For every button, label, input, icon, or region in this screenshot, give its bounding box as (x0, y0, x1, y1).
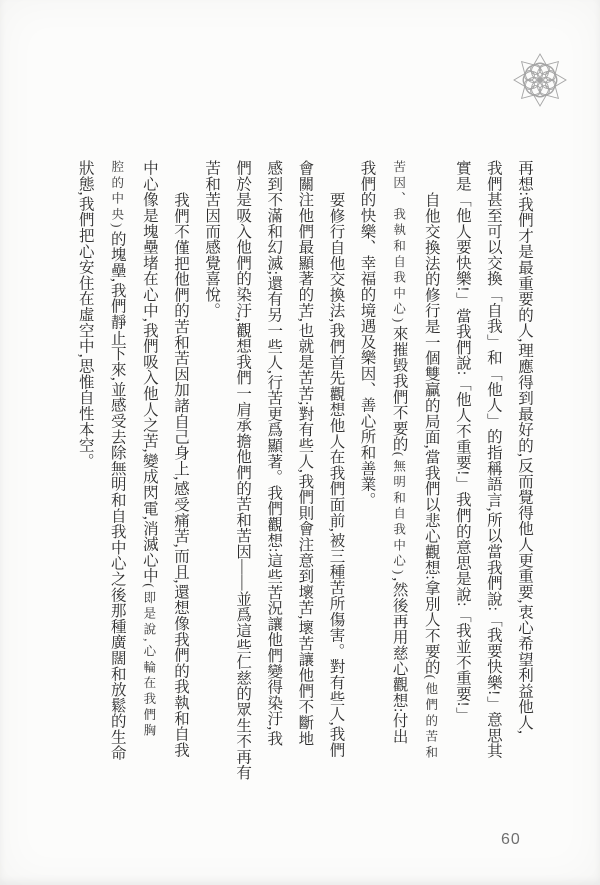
text-column: 會關注他們最顯著的苦,也就是苦苦;對有些人,我們則會注意到壞苦,壞苦讓他們不斷地 (289, 160, 320, 796)
body-text: 們於是吸入他們的染汙,觀想我們一肩承擔他們的苦和苦因——並爲這些仁慈的眾生不再有 (234, 160, 251, 780)
text-column: 我們甚至可以交換「自我」和「他人」的指稱語言,所以當我們說:「我要快樂!」意思其 (478, 160, 509, 796)
text-column: 狀態,我們把心安住在虛空中,思惟自性本空。 (70, 160, 101, 796)
body-text: 中心像是塊壘堵在心中,我們吸入他人之苦,變成閃電,消滅心中 (141, 160, 158, 583)
text-column: 們於是吸入他們的染汙,觀想我們一肩承擔他們的苦和苦因——並爲這些仁慈的眾生不再有 (227, 160, 258, 796)
text-column: 腔的中央)的塊壘,我們靜止下來,並感受去除無明和自我中心之後那種廣闊和放鬆的生命 (101, 160, 133, 796)
text-column: 我們不僅把他們的苦和苦因加諸自己身上,感受痛苦,而且,還想像我們的我執和自我 (165, 160, 196, 796)
text-column: 苦和苦因而感覺喜悅。 (196, 160, 227, 796)
body-text: 來摧毀我們不要的 (391, 325, 408, 451)
book-page: 再想:我們才是最重要的人,理應得到最好的,反而覺得他人更重要,衷心希望利益他人,… (0, 0, 600, 885)
body-text: 再想:我們才是最重要的人,理應得到最好的,反而覺得他人更重要,衷心希望利益他人, (516, 160, 533, 734)
inner-petal-ring (523, 63, 557, 97)
body-text: ,然後再用慈心觀想:付出 (391, 577, 408, 744)
body-text: 狀態,我們把心安住在虛空中,思惟自性本空。 (77, 160, 94, 469)
lotus-mandala-ornament-icon (512, 52, 568, 108)
body-text: 要修行自他交換法,我們首先觀想他人在我們面前,被三種苦所傷害。對有些人,我們 (327, 192, 344, 758)
text-column: 要修行自他交換法,我們首先觀想他人在我們面前,被三種苦所傷害。對有些人,我們 (320, 160, 351, 796)
annotation-text: (即是說,心輪在我們胸 (142, 583, 156, 739)
body-text: 我們的快樂、幸福的境遇及樂因、善心所和善業。 (359, 160, 376, 508)
body-text: 感到不滿和幻滅;還有另一些人,行苦更爲顯著。我們觀想:這些苦況讓他們變得染汙,我 (265, 160, 282, 746)
annotation-text: (無明和自我中心) (392, 452, 406, 578)
text-column: 實是「他人要快樂!」當我們說:「他人不重要!」我們的意思是說:「我並不重要!」 (447, 160, 478, 796)
text-column: 中心像是塊壘堵在心中,我們吸入他人之苦,變成閃電,消滅心中(即是說,心輪在我們胸 (133, 160, 165, 796)
body-text: 苦和苦因而感覺喜悅。 (203, 160, 220, 318)
annotation-text: 苦因、我執和自我中心) (392, 160, 406, 325)
text-column: 我們的快樂、幸福的境遇及樂因、善心所和善業。 (351, 160, 382, 796)
body-text: 我們甚至可以交換「自我」和「他人」的指稱語言,所以當我們說:「我要快樂!」意思其 (485, 160, 502, 759)
page-number: 60 (501, 831, 521, 849)
text-column: 感到不滿和幻滅;還有另一些人,行苦更爲顯著。我們觀想:這些苦況讓他們變得染汙,我 (258, 160, 289, 796)
text-column: 自他交換法的修行是一個雙贏的局面,當我們以悲心觀想:拿別人不要的(他們的苦和 (415, 160, 447, 796)
body-text: 實是「他人要快樂!」當我們說:「他人不重要!」我們的意思是說:「我並不重要!」 (454, 160, 471, 723)
body-text: 自他交換法的修行是一個雙贏的局面,當我們以悲心觀想:拿別人不要的 (423, 192, 440, 675)
annotation-text: (他們的苦和 (424, 675, 438, 761)
body-text: 的塊壘,我們靜止下來,並感受去除無明和自我中心之後那種廣闊和放鬆的生命 (109, 231, 126, 761)
body-text-block: 再想:我們才是最重要的人,理應得到最好的,反而覺得他人更重要,衷心希望利益他人,… (70, 160, 540, 796)
annotation-text: 腔的中央) (110, 160, 124, 231)
body-text: 我們不僅把他們的苦和苦因加諸自己身上,感受痛苦,而且,還想像我們的我執和自我 (172, 192, 189, 758)
text-column: 苦因、我執和自我中心)來摧毀我們不要的(無明和自我中心),然後再用慈心觀想:付出 (383, 160, 415, 796)
text-column: 再想:我們才是最重要的人,理應得到最好的,反而覺得他人更重要,衷心希望利益他人, (509, 160, 540, 796)
body-text: 會關注他們最顯著的苦,也就是苦苦;對有些人,我們則會注意到壞苦,壞苦讓他們不斷地 (296, 160, 313, 746)
